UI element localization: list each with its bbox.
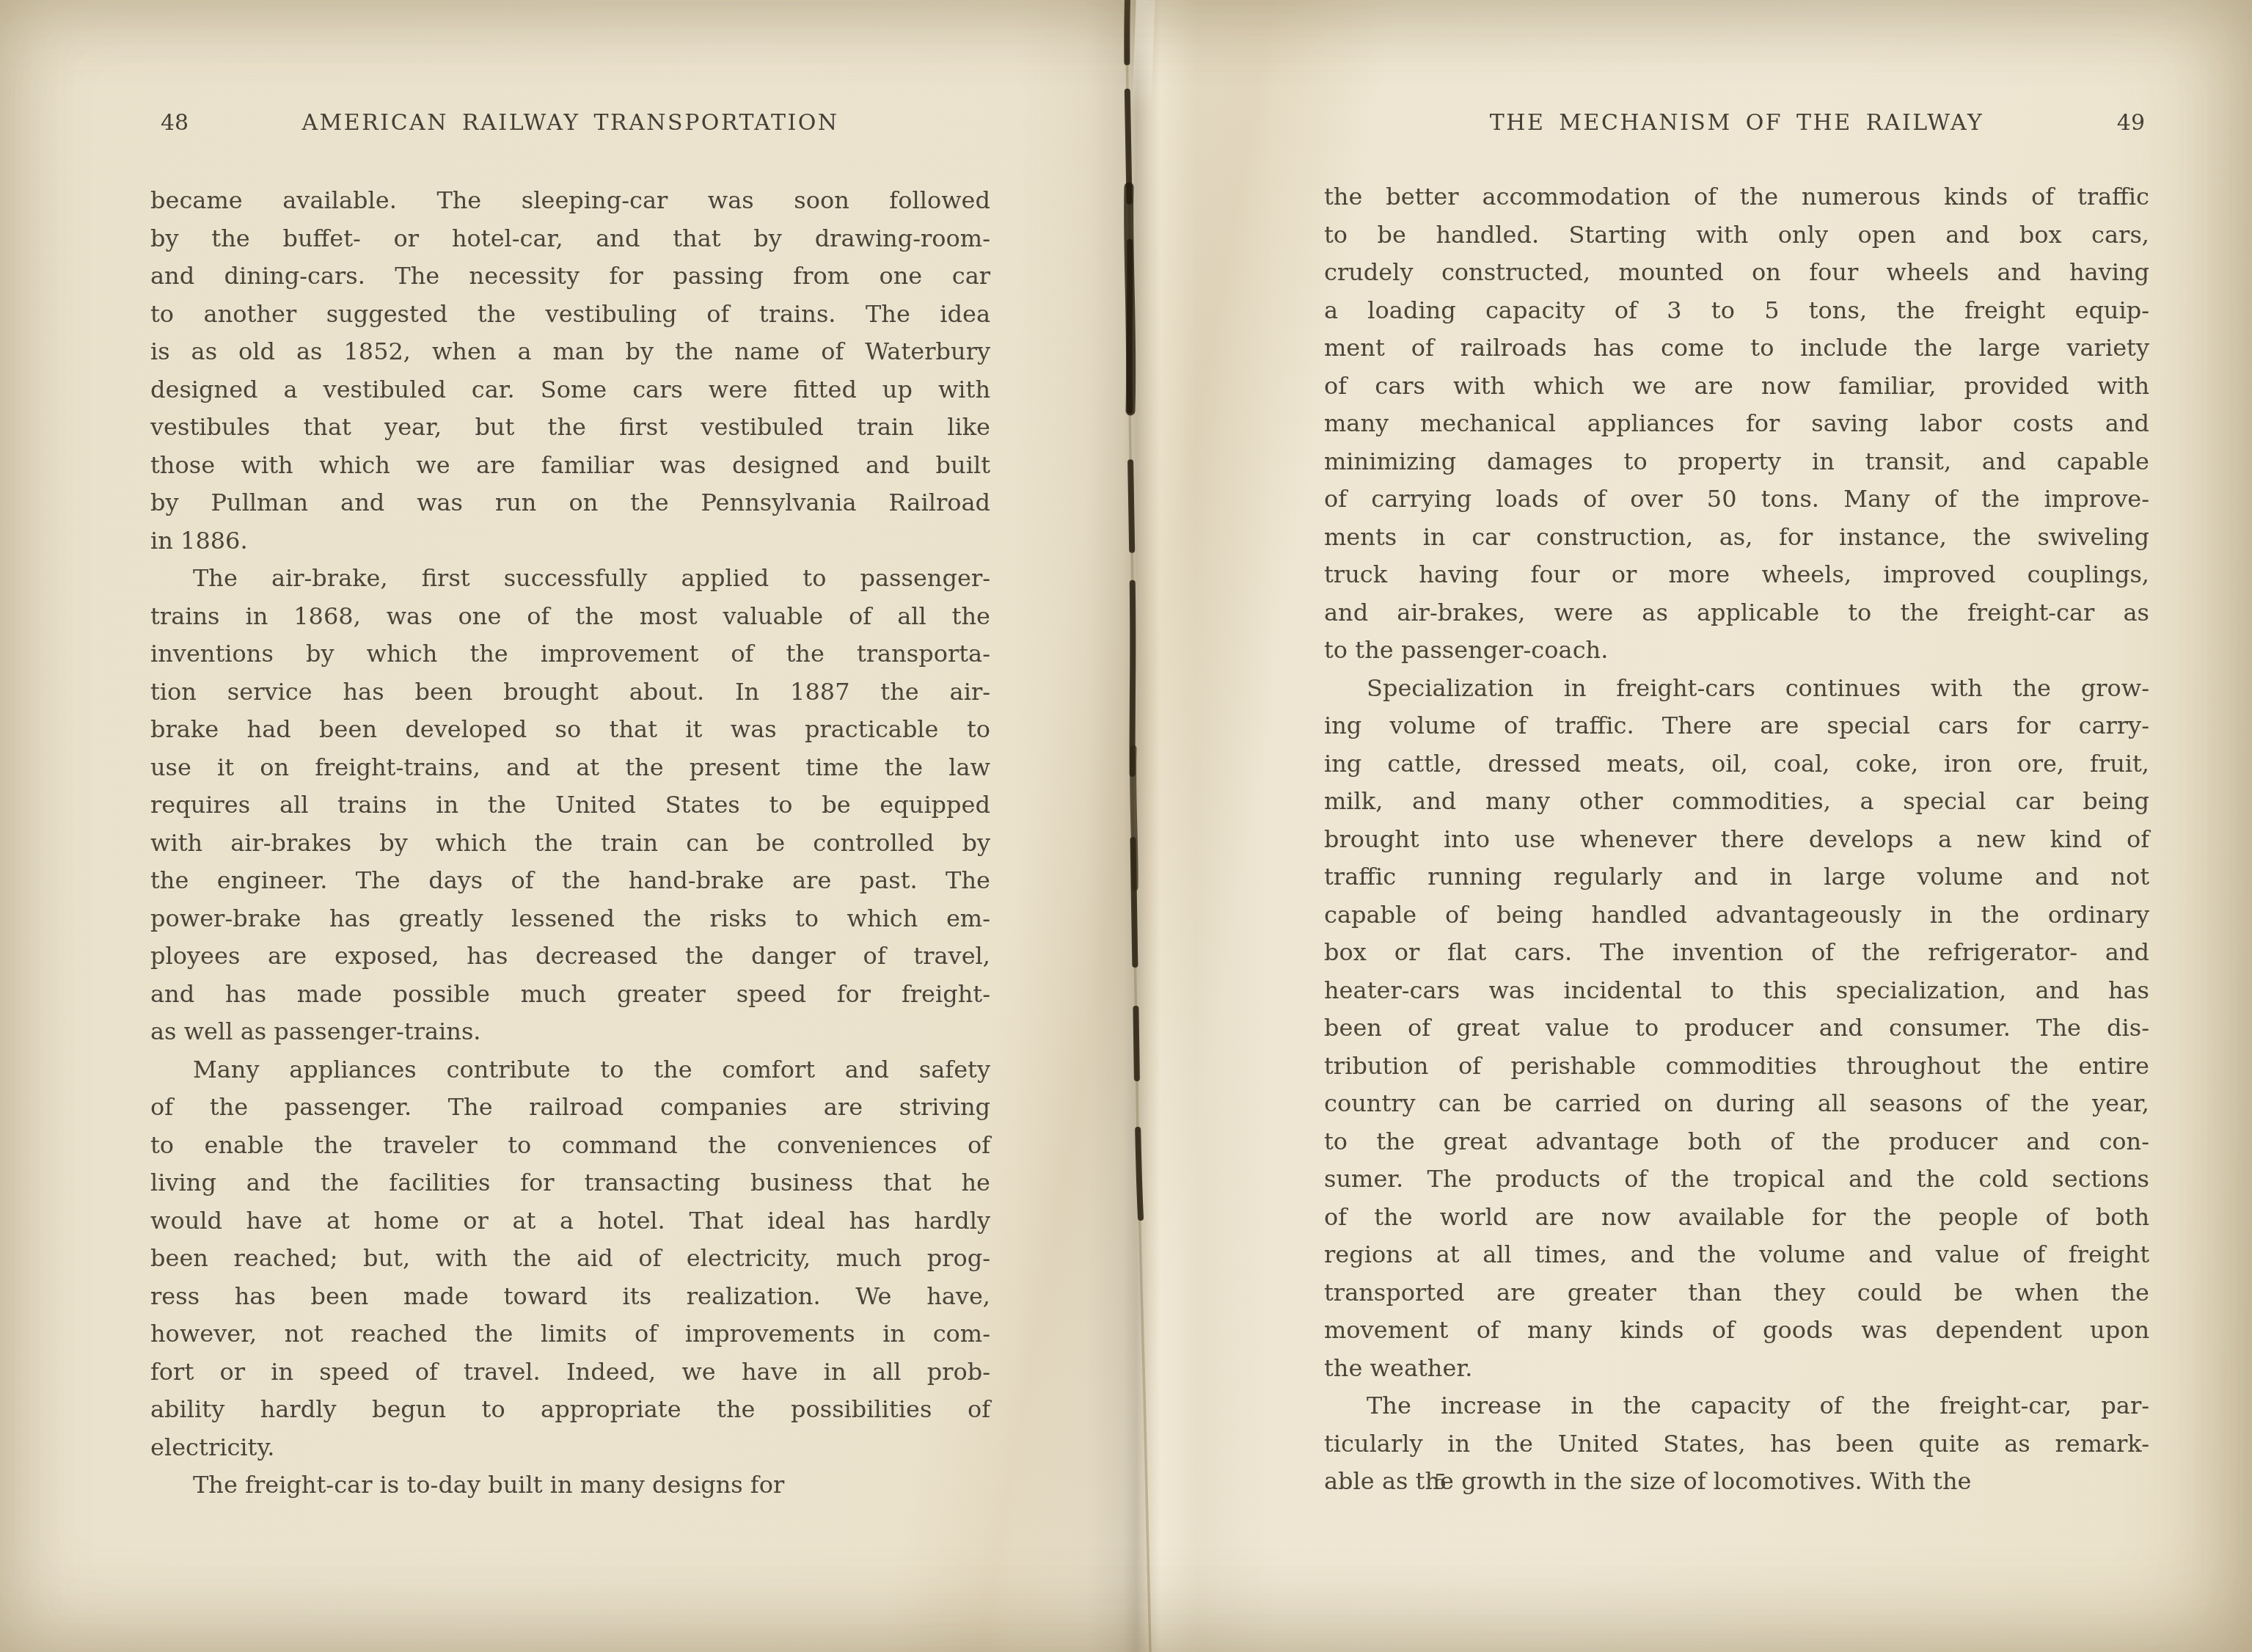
paragraph: the better accommodation of the numerous… [1324,178,2149,670]
text-line: country can be carried on during all sea… [1324,1085,2149,1123]
text-line: heater-cars was incidental to this speci… [1324,972,2149,1010]
torn-paper-sliver [1132,0,1155,110]
text-line: and has made possible much greater speed… [150,976,990,1014]
text-line: tribution of perishable commodities thro… [1324,1048,2149,1086]
text-line: to be handled. Starting with only open a… [1324,216,2149,255]
left-running-head-row: 48 AMERICAN RAILWAY TRANSPORTATION [150,110,990,139]
text-line: and dining-cars. The necessity for passi… [150,257,990,296]
left-page-number: 48 [161,110,189,136]
text-line: of cars with which we are now familiar, … [1324,368,2149,406]
text-line: the engineer. The days of the hand-brake… [150,862,990,900]
text-line: requires all trains in the United States… [150,786,990,825]
text-line: ing cattle, dressed meats, oil, coal, co… [1324,745,2149,783]
text-line: crudely constructed, mounted on four whe… [1324,254,2149,292]
text-line: many mechanical appliances for saving la… [1324,405,2149,443]
text-line: and air-brakes, were as applicable to th… [1324,594,2149,632]
text-line: capable of being handled advantageously … [1324,896,2149,935]
text-line: ment of railroads has come to include th… [1324,329,2149,368]
text-line: ability hardly begun to appropriate the … [150,1391,990,1429]
text-line: of the world are now available for the p… [1324,1199,2149,1237]
text-line: brought into use whenever there develops… [1324,821,2149,859]
text-line: minimizing damages to property in transi… [1324,443,2149,481]
text-line: as well as passenger-trains. [150,1013,990,1051]
text-line: been reached; but, with the aid of elect… [150,1240,990,1278]
paragraph: Specialization in freight-cars continues… [1324,670,2149,1388]
text-line: to the passenger-coach. [1324,632,2149,670]
right-running-head: THE MECHANISM OF THE RAILWAY [1324,110,2149,136]
right-page: 49 THE MECHANISM OF THE RAILWAY the bett… [1324,110,2149,139]
text-line: a loading capacity of 3 to 5 tons, the f… [1324,292,2149,330]
text-line: tion service has been brought about. In … [150,673,990,712]
right-page-number: 49 [2117,110,2145,136]
text-line: traffic running regularly and in large v… [1324,858,2149,896]
text-line: brake had been developed so that it was … [150,711,990,749]
signature-mark: 5 [1434,1472,1447,1494]
text-line: sumer. The products of the tropical and … [1324,1161,2149,1199]
text-line: trains in 1868, was one of the most valu… [150,598,990,636]
text-line: use it on freight-trains, and at the pre… [150,749,990,787]
text-line: with air-brakes by which the train can b… [150,825,990,863]
left-running-head: AMERICAN RAILWAY TRANSPORTATION [150,110,990,136]
gutter-shadow [1012,0,1276,1652]
book-scan: 48 AMERICAN RAILWAY TRANSPORTATION becam… [0,0,2252,1652]
paragraph: The air-brake, first successfully applie… [150,560,990,1051]
text-line: to the great advantage both of the produ… [1324,1123,2149,1161]
text-line: truck having four or more wheels, improv… [1324,556,2149,594]
text-line: inventions by which the improvement of t… [150,635,990,673]
paragraph: The increase in the capacity of the frei… [1324,1387,2149,1501]
text-line: those with which we are familiar was des… [150,447,990,485]
text-line: ployees are exposed, has decreased the d… [150,938,990,976]
text-line: The freight-car is to-day built in many … [150,1466,990,1505]
text-line: been of great value to producer and cons… [1324,1009,2149,1048]
text-line: ing volume of traffic. There are special… [1324,707,2149,745]
text-line: of carrying loads of over 50 tons. Many … [1324,480,2149,519]
text-line: able as the growth in the size of locomo… [1324,1463,2149,1501]
paragraph: became available. The sleeping-car was s… [150,182,990,560]
text-line: Many appliances contribute to the comfor… [150,1051,990,1089]
text-line: in 1886. [150,522,990,560]
text-line: ments in car construction, as, for insta… [1324,519,2149,557]
text-line: by the buffet- or hotel-car, and that by… [150,220,990,258]
paragraph: Many appliances contribute to the comfor… [150,1051,990,1467]
text-line: the weather. [1324,1350,2149,1388]
text-line: designed a vestibuled car. Some cars wer… [150,371,990,409]
text-line: electricity. [150,1429,990,1467]
right-page-body: the better accommodation of the numerous… [1324,178,2149,1501]
text-line: power-brake has greatly lessened the ris… [150,900,990,938]
text-line: regions at all times, and the volume and… [1324,1236,2149,1274]
text-line: of the passenger. The railroad companies… [150,1089,990,1127]
text-line: The increase in the capacity of the frei… [1324,1387,2149,1425]
text-line: ress has been made toward its realizatio… [150,1278,990,1316]
text-line: to enable the traveler to command the co… [150,1127,990,1165]
left-page: 48 AMERICAN RAILWAY TRANSPORTATION becam… [150,110,990,139]
text-line: the better accommodation of the numerous… [1324,178,2149,216]
text-line: living and the facilities for transactin… [150,1164,990,1202]
text-line: transported are greater than they could … [1324,1274,2149,1312]
text-line: would have at home or at a hotel. That i… [150,1202,990,1240]
text-line: movement of many kinds of goods was depe… [1324,1312,2149,1350]
paragraph: The freight-car is to-day built in many … [150,1466,990,1505]
text-line: The air-brake, first successfully applie… [150,560,990,598]
text-line: ticularly in the United States, has been… [1324,1425,2149,1463]
right-running-head-row: 49 THE MECHANISM OF THE RAILWAY [1324,110,2149,139]
text-line: is as old as 1852, when a man by the nam… [150,333,990,371]
text-line: Specialization in freight-cars continues… [1324,670,2149,708]
text-line: to another suggested the vestibuling of … [150,296,990,334]
text-line: fort or in speed of travel. Indeed, we h… [150,1353,990,1392]
text-line: by Pullman and was run on the Pennsylvan… [150,484,990,522]
text-line: box or flat cars. The invention of the r… [1324,934,2149,972]
left-page-body: became available. The sleeping-car was s… [150,182,990,1505]
text-line: became available. The sleeping-car was s… [150,182,990,220]
text-line: vestibules that year, but the first vest… [150,409,990,447]
text-line: milk, and many other commodities, a spec… [1324,783,2149,821]
text-line: however, not reached the limits of impro… [150,1315,990,1353]
